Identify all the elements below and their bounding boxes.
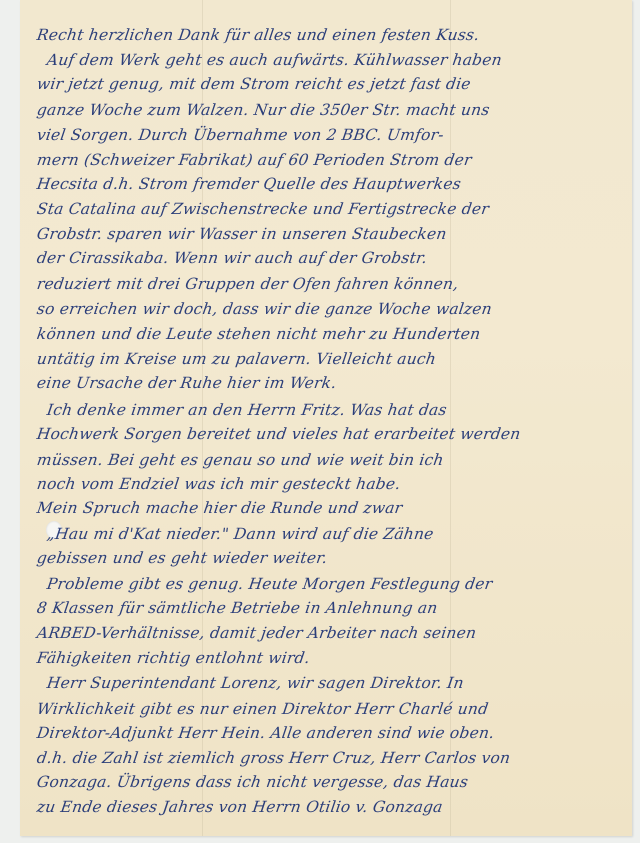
- handwritten-line: „Hau mi d'Kat nieder." Dann wird auf die…: [46, 525, 435, 543]
- handwritten-line: Wirklichkeit gibt es nur einen Direktor …: [36, 700, 490, 718]
- handwritten-line: können und die Leute stehen nicht mehr z…: [36, 325, 482, 343]
- handwritten-line: noch vom Endziel was ich mir gesteckt ha…: [36, 475, 402, 493]
- handwritten-line: Mein Spruch mache hier die Runde und zwa…: [36, 499, 404, 517]
- handwritten-line: Gonzaga. Übrigens dass ich nicht vergess…: [36, 773, 470, 791]
- handwritten-line: Direktor-Adjunkt Herr Hein. Alle anderen…: [36, 724, 496, 742]
- handwritten-line: müssen. Bei geht es genau so und wie wei…: [36, 451, 445, 469]
- handwritten-line: eine Ursache der Ruhe hier im Werk.: [36, 374, 338, 392]
- handwritten-line: zu Ende dieses Jahres von Herrn Otilio v…: [36, 798, 444, 816]
- handwritten-line: mern (Schweizer Fabrikat) auf 60 Periode…: [36, 151, 473, 169]
- handwritten-line: ARBED-Verhältnisse, damit jeder Arbeiter…: [36, 624, 478, 642]
- handwritten-line: Recht herzlichen Dank für alles und eine…: [36, 26, 481, 44]
- handwritten-line: Hochwerk Sorgen bereitet und vieles hat …: [36, 425, 522, 443]
- letter-page: Recht herzlichen Dank für alles und eine…: [20, 0, 632, 836]
- handwritten-line: d.h. die Zahl ist ziemlich gross Herr Cr…: [36, 749, 512, 767]
- handwritten-line: 8 Klassen für sämtliche Betriebe in Anle…: [36, 599, 439, 617]
- handwritten-line: so erreichen wir doch, dass wir die ganz…: [36, 300, 493, 318]
- handwritten-line: gebissen und es geht wieder weiter.: [36, 549, 329, 567]
- handwritten-line: Auf dem Werk geht es auch aufwärts. Kühl…: [46, 51, 503, 69]
- handwritten-line: Sta Catalina auf Zwischenstrecke und Fer…: [36, 200, 490, 218]
- handwritten-line: ganze Woche zum Walzen. Nur die 350er St…: [36, 101, 491, 119]
- handwritten-line: Ich denke immer an den Herrn Fritz. Was …: [46, 401, 448, 419]
- handwritten-line: reduziert mit drei Gruppen der Ofen fahr…: [36, 275, 460, 293]
- handwritten-line: wir jetzt genug, mit dem Strom reicht es…: [36, 75, 472, 93]
- handwritten-line: Probleme gibt es genug. Heute Morgen Fes…: [46, 575, 494, 593]
- handwritten-line: Herr Superintendant Lorenz, wir sagen Di…: [46, 674, 465, 692]
- handwritten-line: Fähigkeiten richtig entlohnt wird.: [36, 649, 311, 667]
- handwritten-line: der Cirassikaba. Wenn wir auch auf der G…: [36, 249, 429, 267]
- handwritten-line: viel Sorgen. Durch Übernahme von 2 BBC. …: [36, 126, 445, 144]
- handwritten-text-block: Recht herzlichen Dank für alles und eine…: [20, 0, 632, 836]
- handwritten-line: Grobstr. sparen wir Wasser in unseren St…: [36, 225, 448, 243]
- handwritten-line: untätig im Kreise um zu palavern. Vielle…: [36, 350, 438, 368]
- handwritten-line: Hecsita d.h. Strom fremder Quelle des Ha…: [36, 175, 462, 193]
